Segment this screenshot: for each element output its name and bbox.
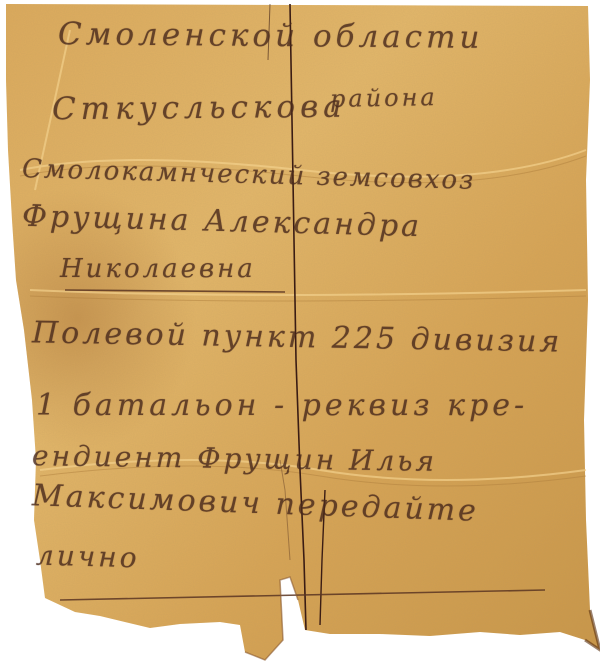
address-line-region: Смоленской области: [58, 16, 484, 56]
sender-name: ендиент Фрущин Илья: [32, 439, 438, 478]
address-line-district-suffix: района: [330, 83, 438, 113]
delivery-instruction: лично: [36, 539, 140, 575]
recipient-patronymic: Николаевна: [60, 254, 256, 284]
document-scan: Смоленской области Сткусльскова района С…: [0, 0, 600, 663]
sender-battalion: 1 батальон - реквиз кре-: [36, 388, 528, 423]
address-line-district: Сткусльскова: [52, 89, 347, 128]
